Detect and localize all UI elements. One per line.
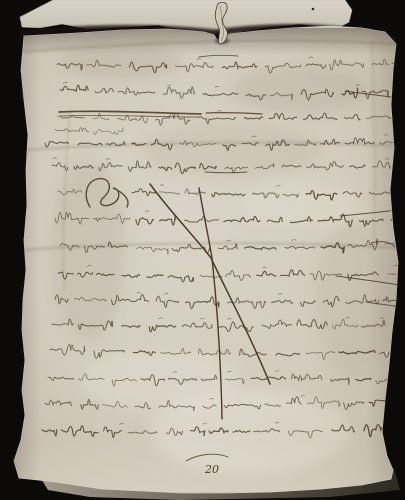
page-surface: 20 [10,20,400,498]
page-number: 20 [204,463,219,476]
manuscript-art: 20 [0,0,405,500]
manuscript-photo: 20 [0,0,405,500]
ink-dot [312,8,315,11]
